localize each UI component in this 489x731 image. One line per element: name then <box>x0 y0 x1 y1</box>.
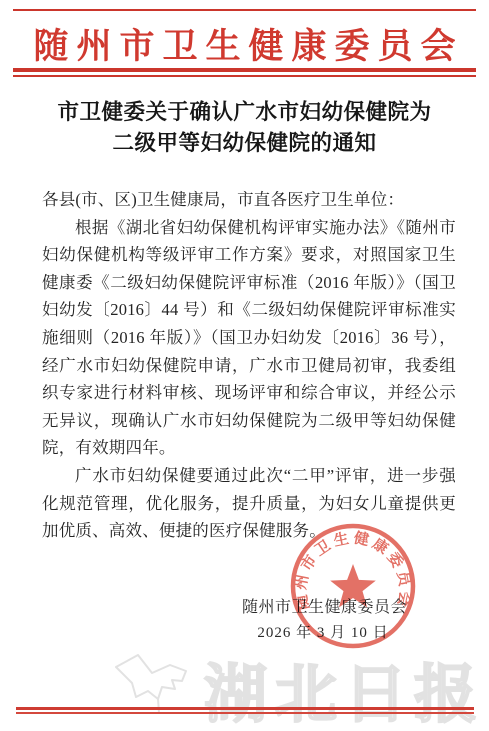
letterhead-org-name: 随州市卫生健康委员会 <box>0 19 489 69</box>
salutation: 各县(市、区)卫生健康局，市直各医疗卫生单位： <box>42 186 456 214</box>
document-title: 市卫健委关于确认广水市妇幼保健院为 二级甲等妇幼保健院的通知 <box>0 97 489 159</box>
bottom-red-rule-2 <box>16 712 474 714</box>
bottom-red-rule-1 <box>16 707 474 710</box>
body-paragraph-2: 广水市妇幼保健要通过此次“二甲”评审，进一步强化规范管理，优化服务，提升质量，为… <box>42 462 456 545</box>
document-title-line1: 市卫健委关于确认广水市妇幼保健院为 <box>0 97 489 128</box>
top-red-rule <box>13 9 476 11</box>
document-page: 随州市卫生健康委员会 市卫健委关于确认广水市妇幼保健院为 二级甲等妇幼保健院的通… <box>0 0 489 731</box>
signature-org-name: 随州市卫生健康委员会 <box>242 594 404 617</box>
letterhead-rule-thin <box>13 75 476 77</box>
document-title-line2: 二级甲等妇幼保健院的通知 <box>0 128 489 159</box>
signature-date: 2026 年 3 月 10 日 <box>242 621 404 642</box>
body-paragraph-1: 根据《湖北省妇幼保健机构评审实施办法》《随州市妇幼保健机构等级评审工作方案》要求… <box>42 214 456 462</box>
document-body: 各县(市、区)卫生健康局，市直各医疗卫生单位： 根据《湖北省妇幼保健机构评审实施… <box>42 186 456 545</box>
watermark-text: 湖北日报 <box>204 644 484 731</box>
